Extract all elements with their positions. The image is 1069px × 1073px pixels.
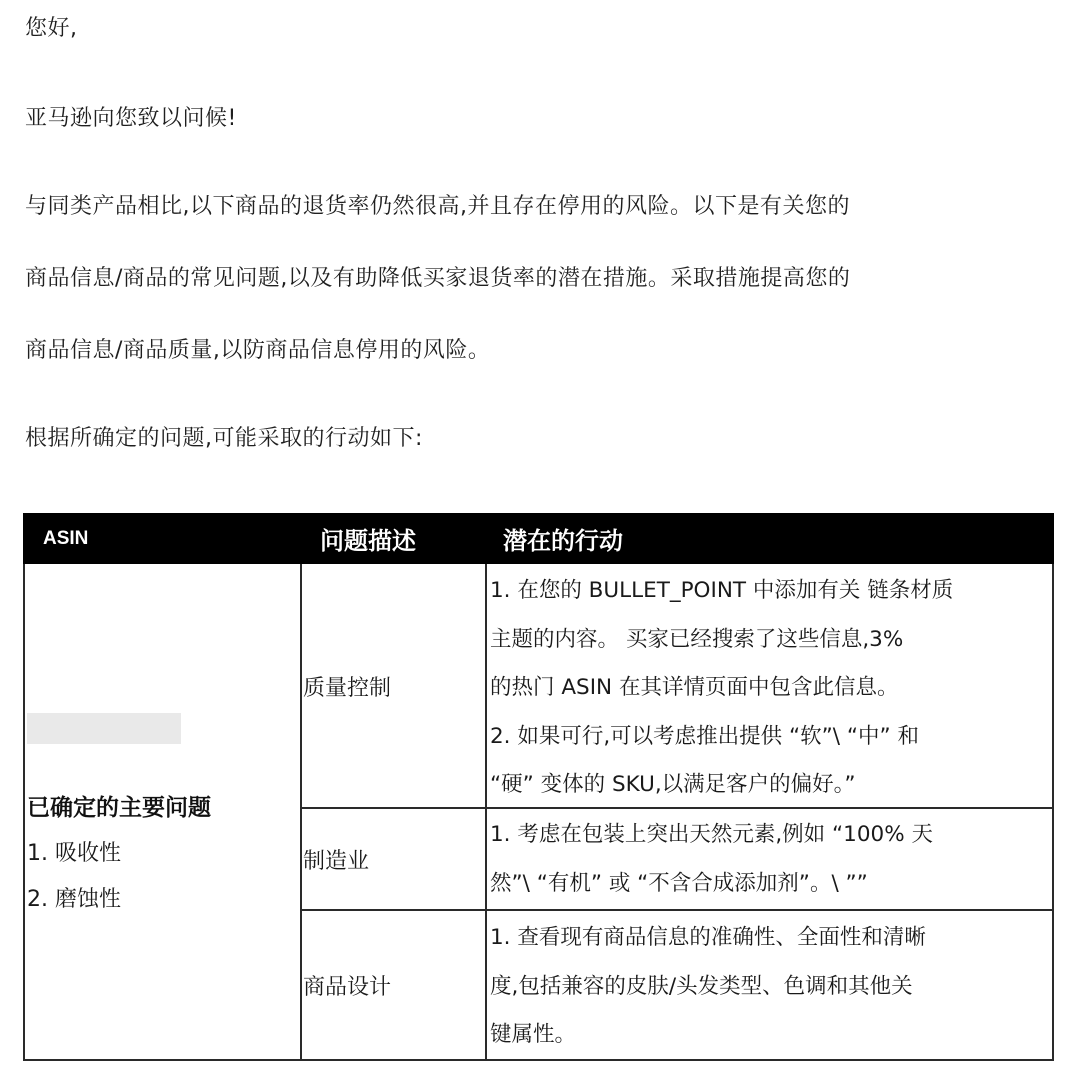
category-manufacturing: 制造业 — [303, 809, 486, 909]
issue-item: 2. 磨蚀性 — [27, 882, 121, 913]
header-issue-description: 问题描述 — [320, 513, 416, 564]
action-cell-manufacturing: 1. 考虑在包装上突出天然元素,例如 “100% 天 然”\ “有机” 或 “不… — [489, 811, 1051, 908]
category-product-design: 商品设计 — [303, 911, 486, 1059]
action-line: “硬” 变体的 SKU,以满足客户的偏好。” — [490, 761, 1051, 810]
body-line-3: 商品信息/商品质量,以防商品信息停用的风险。 — [25, 340, 490, 362]
actions-intro-text: 根据所确定的问题,可能采取的行动如下: — [25, 428, 423, 450]
action-line: 1. 查看现有商品信息的准确性、全面性和清晰 — [490, 914, 1051, 963]
action-cell-quality-control: 1. 在您的 BULLET_POINT 中添加有关 链条材质 主题的内容。 买家… — [489, 567, 1051, 810]
main-issues-title: 已确定的主要问题 — [27, 789, 211, 822]
salutation-text: 亚马逊向您致以问候! — [25, 108, 237, 130]
action-line: 2. 如果可行,可以考虑推出提供 “软”\ “中” 和 — [490, 713, 1051, 762]
greeting-text: 您好, — [25, 18, 78, 40]
action-cell-product-design: 1. 查看现有商品信息的准确性、全面性和清晰 度,包括兼容的皮肤/头发类型、色调… — [489, 914, 1051, 1060]
action-line: 度,包括兼容的皮肤/头发类型、色调和其他关 — [490, 963, 1051, 1012]
redacted-asin-value — [27, 713, 181, 744]
table-header: ASIN 问题描述 潜在的行动 — [23, 513, 1054, 564]
action-line: 主题的内容。 买家已经搜索了这些信息,3% — [490, 616, 1051, 665]
asin-cell: 已确定的主要问题 1. 吸收性 2. 磨蚀性 — [25, 564, 301, 1059]
action-line: 的热门 ASIN 在其详情页面中包含此信息。 — [490, 664, 1051, 713]
table-border-right — [1052, 564, 1054, 1061]
header-asin: ASIN — [43, 513, 88, 564]
issue-item: 1. 吸收性 — [27, 836, 121, 867]
action-line: 1. 考虑在包装上突出天然元素,例如 “100% 天 — [490, 811, 1051, 860]
body-line-2: 商品信息/商品的常见问题,以及有助降低买家退货率的潜在措施。采取措施提高您的 — [25, 268, 850, 290]
category-quality-control: 质量控制 — [303, 566, 486, 807]
action-line: 1. 在您的 BULLET_POINT 中添加有关 链条材质 — [490, 567, 1051, 616]
header-potential-action: 潜在的行动 — [503, 513, 623, 564]
body-line-1: 与同类产品相比,以下商品的退货率仍然很高,并且存在停用的风险。以下是有关您的 — [25, 196, 850, 218]
action-line: 然”\ “有机” 或 “不含合成添加剂”。\ ”” — [490, 860, 1051, 909]
action-line: 键属性。 — [490, 1011, 1051, 1060]
actions-table: ASIN 问题描述 潜在的行动 已确定的主要问题 1. 吸收性 2. 磨蚀性 质… — [23, 513, 1054, 1061]
